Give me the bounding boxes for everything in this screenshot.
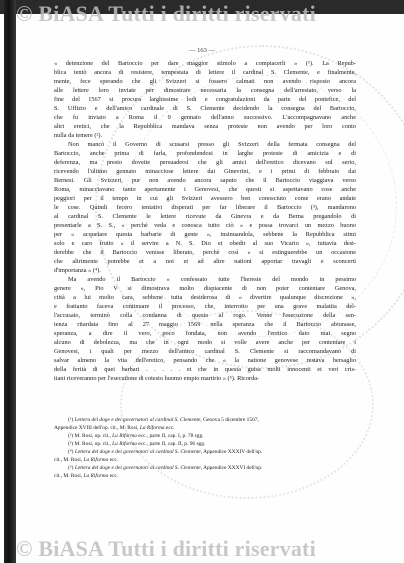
body-line: città a lui molto cara, sebbene tutta de… [54, 293, 356, 302]
body-line: Bartoccio, anche prima di farla, profond… [54, 149, 356, 158]
body-line: salvar almeno la vita dell'eretico, pens… [54, 356, 356, 365]
body-line: al cardinal S. Clemente le lettere ricev… [54, 212, 356, 221]
body-line: Ma avendo il Bartoccio « confessato tutt… [54, 275, 356, 284]
body-line: deferenza, ma presto dovette persuadersi… [54, 158, 356, 167]
body-line: Genovesi, i quali per mezzo dell'amico c… [54, 347, 356, 356]
body-line: fine del 1567 si procura larghissime lod… [54, 95, 356, 104]
body-line: alle lettere loro inviate per dimostrare… [54, 86, 356, 95]
body-line: tenza ritardata fino al 27 maggio 1569 n… [54, 320, 356, 329]
scanned-page: © BiASA Tutti i diritti riservati — 163 … [0, 0, 404, 563]
body-line: nulla da temere (²). [54, 131, 356, 140]
body-line: della ferità di quei barbari . . . . . e… [54, 365, 356, 374]
footnote-line: (²) M. Rosi, op. cit., La Riforma ecc., … [54, 432, 356, 440]
footnote-line: Appendice XVIII dell'op. cit., M. Rosi, … [54, 424, 356, 432]
body-line: « detenzione del Bartoccio per dare magg… [54, 59, 356, 68]
footnote-line: cit., M. Rosi, La Riforma ecc. [54, 472, 356, 480]
body-line: solo e caro frutto « il servire a N. S. … [54, 239, 356, 248]
body-line: speranza, a dire il vero, poco fondata, … [54, 329, 356, 338]
footnote-line: (⁴) Lettera del doge e dei governatori a… [54, 448, 356, 456]
body-line: per « acquetare questa barbarie di gente… [54, 230, 356, 239]
body-line: Roma, minacciavano tanto apertamente i G… [54, 185, 356, 194]
body-line: blica tentò ancora di resistere, tempest… [54, 68, 356, 77]
copyright-watermark-bottom: © BiASA Tutti i diritti riservati [16, 536, 316, 562]
body-line: presentarle a S. S., « perchè veda e con… [54, 221, 356, 230]
body-line: che altrimente potrebbe et a noi et ad a… [54, 257, 356, 266]
body-line: tiani riceveranno per l'esecutione di co… [54, 374, 356, 383]
body-line: altri eretici, che la Repubblica mandava… [54, 122, 356, 131]
footnote-line: (¹) Lettera del doge e dei governatori a… [54, 416, 356, 424]
body-line: Non mancò il Governo di scusarsi presso … [54, 140, 356, 149]
body-line: genere », Pio V si dimostrava molto disp… [54, 284, 356, 293]
body-line: d'importanza » (⁴). [54, 266, 356, 275]
body-line: mente, fece sperando che gli Svizzeri si… [54, 77, 356, 86]
book-spine-edge [4, 0, 16, 563]
footnote-line: (³) M. Rosi, op. cit., La Riforma ecc., … [54, 440, 356, 448]
body-line: ricevendo l'ultimo gennaio minacciose le… [54, 167, 356, 176]
footnote-line: cit., M. Rosi, La Riforma ecc. [54, 456, 356, 464]
page-number: — 163 — [0, 47, 404, 54]
body-line: che fu inviato a Roma il 9 gennaio dell'… [54, 113, 356, 122]
body-text: « detenzione del Bartoccio per dare magg… [54, 59, 356, 383]
footnotes: (¹) Lettera del doge e dei governatori a… [54, 416, 356, 480]
body-line: Bernesi. Gli Svizzeri, pur non avendo an… [54, 176, 356, 185]
body-line: derebbe che il Bartoccio venisse liberat… [54, 248, 356, 257]
body-line: le cose. Quindi fecero tentativi dispera… [54, 203, 356, 212]
body-line: l'accusato, terminò colla condanna di qu… [54, 311, 356, 320]
body-line: e frattanto faceva continuare il process… [54, 302, 356, 311]
copyright-watermark-top: © BiASA Tutti i diritti riservati [16, 1, 316, 27]
body-line: S. Uffizio e dell'amico cardinale di S. … [54, 104, 356, 113]
body-line: alcuno di debolezza, ma che in ogni modo… [54, 338, 356, 347]
body-line: peggiori per il tempo in cui gli Svizzer… [54, 194, 356, 203]
footnote-line: (⁵) Lettera del doge e dei governatori a… [54, 464, 356, 472]
